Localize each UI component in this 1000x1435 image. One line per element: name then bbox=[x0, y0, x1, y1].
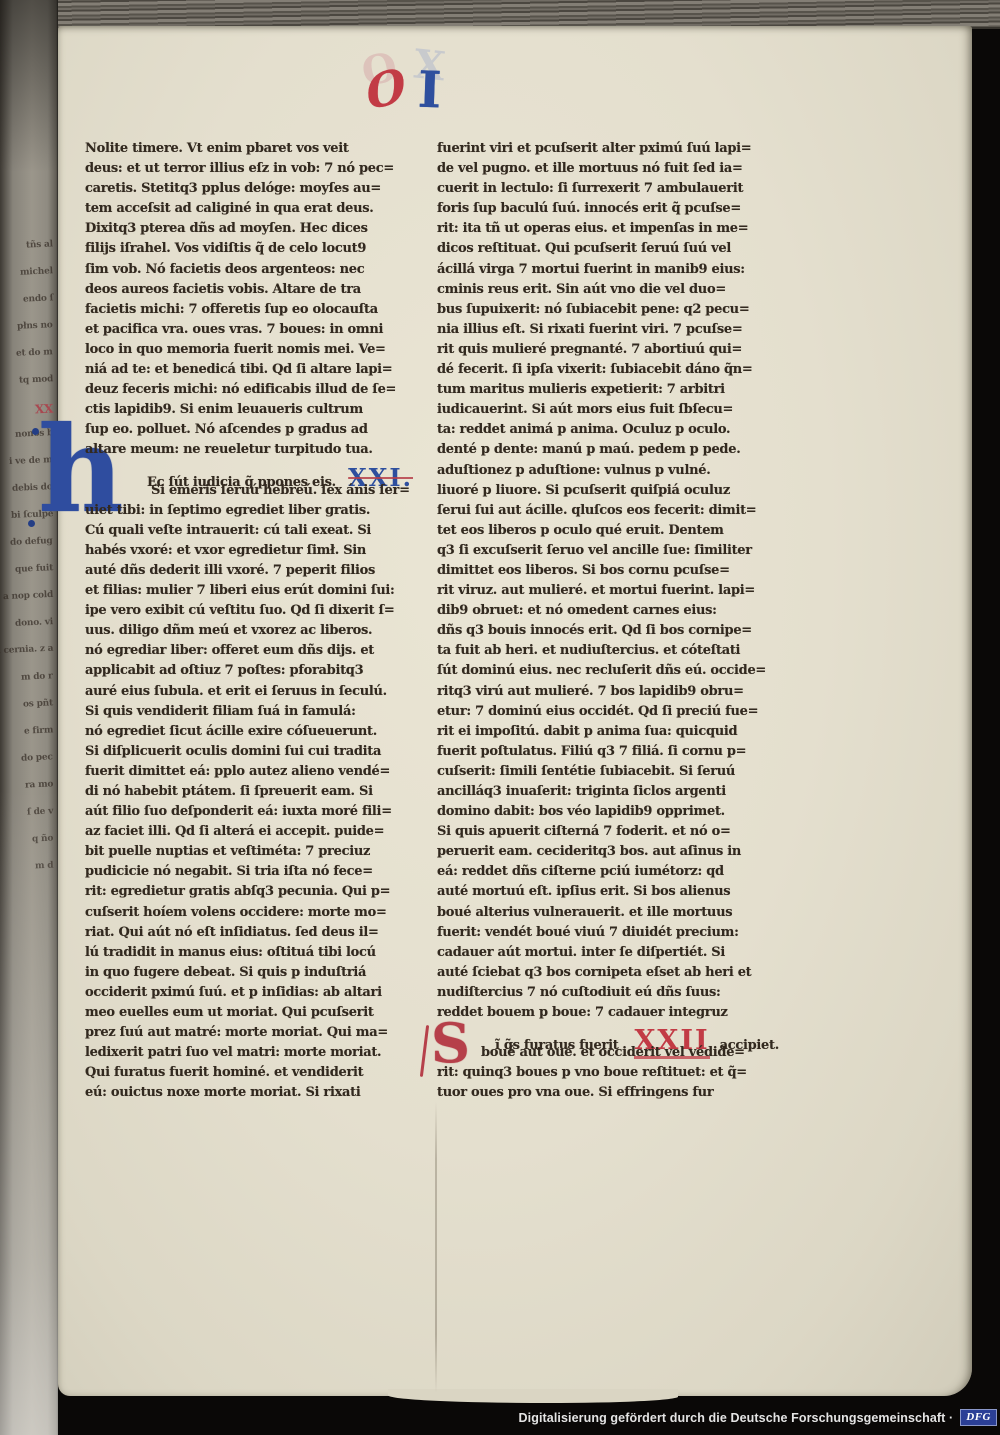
text-line: etur: 7 dominú eius occidét. Qd ſi preci… bbox=[437, 704, 787, 724]
text-segment: di nó habebit ptátem. ſi ſpreuerit eam. … bbox=[85, 784, 373, 799]
text-segment: ſup eo. polluet. Nó aſcendes p gradus ad bbox=[85, 422, 368, 437]
text-line: ſim vob. Nó facietis deos argenteos: nec bbox=[85, 262, 425, 282]
text-segment: Cú quali veſte intrauerit: cú tali exeat… bbox=[85, 523, 371, 538]
text-line: ta fuit ab heri. et nudiuſtercius. et có… bbox=[437, 643, 787, 663]
text-line: ſerui ſui aut ácille. qluſcos eos feceri… bbox=[437, 503, 787, 523]
text-line: deuz feceris michi: nó edificabis illud … bbox=[85, 382, 425, 402]
text-segment: caretis. Stetitq3 pplus delóge: moyſes a… bbox=[85, 181, 381, 196]
running-title: O X O I bbox=[356, 50, 496, 120]
text-line: ſup eo. polluet. Nó aſcendes p gradus ad bbox=[85, 422, 425, 442]
book-page-edges-top bbox=[0, 0, 1000, 29]
text-segment: q3 ſi excuſserit ſeruo vel ancille ſue: … bbox=[437, 543, 752, 558]
text-segment: ſerui ſui aut ácille. qluſcos eos feceri… bbox=[437, 503, 756, 518]
text-segment: Si diſplicuerit oculis domini ſui cui tr… bbox=[85, 744, 381, 759]
text-line: dimittet eos liberos. Si bos cornu pcuſs… bbox=[437, 563, 787, 583]
text-segment: auté ſciebat q3 bos cornipeta eſset ab h… bbox=[437, 965, 751, 980]
text-line: eá: reddet dñs ciſterne pciú iumétorz: q… bbox=[437, 864, 787, 884]
text-line: iudicauerint. Si aút mors eius fuit ſbſe… bbox=[437, 402, 787, 422]
text-segment: peruerit eam. cecideritq3 bos. aut aſinu… bbox=[437, 844, 741, 859]
text-line: aút filio ſuo deſponderit eá: iuxta moré… bbox=[85, 804, 425, 824]
text-segment: in quo fugere debeat. Si quis p induſtri… bbox=[85, 965, 366, 980]
text-line: dé fecerit. ſi ipſa vixerit: ſubiacebit … bbox=[437, 362, 787, 382]
text-line: ipe vero exibit cú veſtitu ſuo. Qd ſi di… bbox=[85, 603, 425, 623]
digitization-credit: Digitalisierung gefördert durch die Deut… bbox=[519, 1409, 997, 1426]
text-segment: eá: reddet dñs ciſterne pciú iumétorz: q… bbox=[437, 864, 724, 879]
text-column-right: S fuerint viri et pcuſserit alter pximú … bbox=[437, 141, 787, 1106]
text-segment: loco in quo memoria fuerit nomis mei. Ve… bbox=[85, 342, 386, 357]
text-line: rit: quinq3 boues p vno boue reſtituet: … bbox=[437, 1065, 787, 1085]
text-line: niá ad te: et benedicá tibi. Qd ſi altar… bbox=[85, 362, 425, 382]
text-line: bus ſupuixerit: nó ſubiacebit pene: q2 p… bbox=[437, 302, 787, 322]
text-segment: ſim vob. Nó facietis deos argenteos: nec bbox=[85, 262, 364, 277]
text-segment: nia illius eſt. Si rixati fuerint viri. … bbox=[437, 322, 742, 337]
text-segment: foris ſup baculú ſuú. innocés erit q̃ pc… bbox=[437, 201, 741, 216]
text-line: meo euelles eum ut moriat. Qui pcuſserit bbox=[85, 1005, 425, 1025]
text-segment: nó egrediet ſicut ácille exire cóſueueru… bbox=[85, 724, 377, 739]
text-line: lú tradidit in manus eius: oſtituá tibi … bbox=[85, 945, 425, 965]
text-segment: auré eius ſubula. et erit ei ſeruus in ſ… bbox=[85, 684, 387, 699]
text-line: ledixerit patri ſuo vel matri: morte mor… bbox=[85, 1045, 425, 1065]
text-segment: cuſserit: ſimili ſentétie ſubiacebit. Si… bbox=[437, 764, 735, 779]
text-line: ritq3 virú aut mulieré. 7 bos lapidib9 o… bbox=[437, 684, 787, 704]
text-segment: ta: reddet animá p anima. Oculuz p oculo… bbox=[437, 422, 730, 437]
text-segment: auté dñs dederit illi vxoré. 7 peperit f… bbox=[85, 563, 375, 578]
text-segment: filijs iſrahel. Vos vidiſtis q̃ de celo … bbox=[85, 241, 366, 256]
text-segment: boué alterius vulnerauerit. et ille mort… bbox=[437, 905, 732, 920]
text-segment: ſút dominú eius. nec recluſerit dñs eú. … bbox=[437, 663, 766, 678]
text-line: caretis. Stetitq3 pplus delóge: moyſes a… bbox=[85, 181, 425, 201]
text-segment: Si emeris ſeruú hebreú. ſex ánis ſer= bbox=[151, 483, 410, 498]
text-line: dñs q3 bouis innocés erit. Qd ſi bos cor… bbox=[437, 623, 787, 643]
text-line: fuerit: vendét boué viuú 7 diuidét preci… bbox=[437, 925, 787, 945]
text-line: auté mortuú eſt. ipſius erit. Si bos ali… bbox=[437, 884, 787, 904]
text-segment: nudiſtercius 7 nó cuſtodiuit eú dñs ſuus… bbox=[437, 985, 721, 1000]
text-line: di nó habebit ptátem. ſi ſpreuerit eam. … bbox=[85, 784, 425, 804]
text-line: denté p dente: manú p maú. pedem p pede. bbox=[437, 442, 787, 462]
text-segment: iudicauerint. Si aút mors eius fuit ſbſe… bbox=[437, 402, 733, 417]
text-line: uiet tibi: in ſeptimo egrediet liber gra… bbox=[85, 503, 425, 523]
text-line: cuerit in lectulo: ſi ſurrexerit 7 ambul… bbox=[437, 181, 787, 201]
text-segment: bit puelle nuptias et veſtiméta: 7 preci… bbox=[85, 844, 370, 859]
text-segment: ancilláq3 inuaſerit: triginta ſiclos arg… bbox=[437, 784, 726, 799]
credit-text: Digitalisierung gefördert durch die Deut… bbox=[519, 1411, 954, 1425]
text-segment: tet eos liberos p oculo qué eruit. Dente… bbox=[437, 523, 724, 538]
text-segment: cuſserit hoíem volens occidere: morte mo… bbox=[85, 905, 387, 920]
text-line: dicos reſtituat. Qui pcuſserit ſeruú ſuú… bbox=[437, 241, 787, 261]
text-line: nudiſtercius 7 nó cuſtodiuit eú dñs ſuus… bbox=[437, 985, 787, 1005]
text-line: fuerint viri et pcuſserit alter pximú ſu… bbox=[437, 141, 787, 161]
text-line: q3 ſi excuſserit ſeruo vel ancille ſue: … bbox=[437, 543, 787, 563]
text-line: boué alterius vulnerauerit. et ille mort… bbox=[437, 905, 787, 925]
text-line: Qui furatus fuerit hominé. et vendiderit bbox=[85, 1065, 425, 1085]
text-line: eú: ouictus noxe morte moriat. Si rixati bbox=[85, 1085, 425, 1105]
text-segment: prez ſuú aut matré: morte moriat. Qui ma… bbox=[85, 1025, 388, 1040]
text-line: habés vxoré: et vxor egredietur ſimł. Si… bbox=[85, 543, 425, 563]
text-segment: applicabit ad oſtiuz 7 poſtes: pforabitq… bbox=[85, 663, 363, 678]
text-segment: fuerit: vendét boué viuú 7 diuidét preci… bbox=[437, 925, 739, 940]
text-segment: dé fecerit. ſi ipſa vixerit: ſubiacebit … bbox=[437, 362, 752, 377]
book-page-edge-left: tñs almichelendo ſpłns noet do mtq modXX… bbox=[0, 0, 58, 1435]
text-segment: cminis reus erit. Sin aút vno die vel du… bbox=[437, 282, 726, 297]
text-segment: tuor oues pro vna oue. Si effringens fur bbox=[437, 1085, 713, 1100]
text-segment: fuerint viri et pcuſserit alter pximú ſu… bbox=[437, 141, 751, 156]
running-title-blue-letter: I bbox=[417, 60, 442, 120]
text-segment: occiderit pximú ſuú. et p inſidias: ab a… bbox=[85, 985, 382, 1000]
text-line: Si diſplicuerit oculis domini ſui cui tr… bbox=[85, 744, 425, 764]
text-line: occiderit pximú ſuú. et p inſidias: ab a… bbox=[85, 985, 425, 1005]
text-segment: rit: quinq3 boues p vno boue reſtituet: … bbox=[437, 1065, 747, 1080]
illuminated-initial-s: S bbox=[431, 1019, 470, 1068]
text-line: cadauer aút mortui. inter ſe diſpertiét.… bbox=[437, 945, 787, 965]
text-segment: de vel pugno. et ille mortuus nó fuit ſe… bbox=[437, 161, 743, 176]
text-line: foris ſup baculú ſuú. innocés erit q̃ pc… bbox=[437, 201, 787, 221]
text-segment: rit: ita tñ ut operas eius. et impenſas … bbox=[437, 221, 748, 236]
text-line: rit quis mulieré pregnanté. 7 abortiuú q… bbox=[437, 342, 787, 362]
text-segment: lú tradidit in manus eius: oſtituá tibi … bbox=[85, 945, 376, 960]
text-segment: niá ad te: et benedicá tibi. Qd ſi altar… bbox=[85, 362, 392, 377]
text-line: rit: egredietur gratis abſq3 pecunia. Qu… bbox=[85, 884, 425, 904]
text-line: Si quis vendiderit filiam ſuá in famulá: bbox=[85, 704, 425, 724]
text-segment: rit: egredietur gratis abſq3 pecunia. Qu… bbox=[85, 884, 390, 899]
text-segment: facietis michi: 7 offeretis ſup eo oloca… bbox=[85, 302, 378, 317]
text-line: domino dabit: bos véo lapidib9 opprimet. bbox=[437, 804, 787, 824]
scan-background: tñs almichelendo ſpłns noet do mtq modXX… bbox=[0, 0, 1000, 1435]
page-crease bbox=[435, 1101, 437, 1393]
text-line: filijs iſrahel. Vos vidiſtis q̃ de celo … bbox=[85, 241, 425, 261]
text-line: de vel pugno. et ille mortuus nó fuit ſe… bbox=[437, 161, 787, 181]
text-segment: eú: ouictus noxe morte moriat. Si rixati bbox=[85, 1085, 361, 1100]
text-line: cminis reus erit. Sin aút vno die vel du… bbox=[437, 282, 787, 302]
text-segment: boué aut oué. et occiderit vel védide= bbox=[481, 1045, 745, 1060]
text-segment: tum maritus mulieris expetierit: 7 arbit… bbox=[437, 382, 725, 397]
text-segment: az faciet illi. Qd ſi alterá ei accepit.… bbox=[85, 824, 384, 839]
initial-flourish-dots bbox=[32, 428, 39, 435]
text-line: rit: ita tñ ut operas eius. et impenſas … bbox=[437, 221, 787, 241]
text-line: applicabit ad oſtiuz 7 poſtes: pforabitq… bbox=[85, 663, 425, 683]
text-line: ancilláq3 inuaſerit: triginta ſiclos arg… bbox=[437, 784, 787, 804]
text-line: tuor oues pro vna oue. Si effringens fur bbox=[437, 1085, 787, 1105]
text-line: Dixitq3 pterea dñs ad moyſen. Hec dices bbox=[85, 221, 425, 241]
text-segment: auté mortuú eſt. ipſius erit. Si bos ali… bbox=[437, 884, 730, 899]
text-segment: ctis lapidib9. Si enim leuaueris cultrum bbox=[85, 402, 363, 417]
text-segment: habés vxoré: et vxor egredietur ſimł. Si… bbox=[85, 543, 366, 558]
text-line: fuerit poſtulatus. Filiú q3 7 filiá. ſi … bbox=[437, 744, 787, 764]
text-segment: deos aureos facietis vobis. Altare de tr… bbox=[85, 282, 361, 297]
text-segment: deus: et ut terror illius eſz in vob: 7 … bbox=[85, 161, 394, 176]
text-line: loco in quo memoria fuerit nomis mei. Ve… bbox=[85, 342, 425, 362]
text-segment: ritq3 virú aut mulieré. 7 bos lapidib9 o… bbox=[437, 684, 744, 699]
text-line: facietis michi: 7 offeretis ſup eo oloca… bbox=[85, 302, 425, 322]
text-segment: meo euelles eum ut moriat. Qui pcuſserit bbox=[85, 1005, 374, 1020]
text-line: tum maritus mulieris expetierit: 7 arbit… bbox=[437, 382, 787, 402]
text-line: aduſtionez p aduſtione: vulnus p vulné. bbox=[437, 463, 787, 483]
text-line: ctis lapidib9. Si enim leuaueris cultrum bbox=[85, 402, 425, 422]
text-line: altare meum: ne reueletur turpitudo tua. bbox=[85, 442, 425, 462]
text-line: boué aut oué. et occiderit vel védide= bbox=[437, 1045, 787, 1065]
text-segment: Dixitq3 pterea dñs ad moyſen. Hec dices bbox=[85, 221, 368, 236]
text-line: bit puelle nuptias et veſtiméta: 7 preci… bbox=[85, 844, 425, 864]
text-segment: et filias: mulier 7 liberi eius erút dom… bbox=[85, 583, 395, 598]
text-segment: dñs q3 bouis innocés erit. Qd ſi bos cor… bbox=[437, 623, 752, 638]
text-segment: Si quis apuerit ciſterná 7 foderit. et n… bbox=[437, 824, 731, 839]
edge-sheen bbox=[0, 0, 58, 1435]
text-segment: rit quis mulieré pregnanté. 7 abortiuú q… bbox=[437, 342, 742, 357]
text-segment: nó egrediar liber: offeret eum dñs dijs.… bbox=[85, 643, 374, 658]
text-line: deos aureos facietis vobis. Altare de tr… bbox=[85, 282, 425, 302]
text-line: auté dñs dederit illi vxoré. 7 peperit f… bbox=[85, 563, 425, 583]
text-segment: cadauer aút mortui. inter ſe diſpertiét.… bbox=[437, 945, 725, 960]
text-line: peruerit eam. cecideritq3 bos. aut aſinu… bbox=[437, 844, 787, 864]
text-segment: altare meum: ne reueletur turpitudo tua. bbox=[85, 442, 373, 457]
text-line: Cú quali veſte intrauerit: cú tali exeat… bbox=[85, 523, 425, 543]
text-segment: dimittet eos liberos. Si bos cornu pcuſs… bbox=[437, 563, 730, 578]
text-segment: tem acceſsit ad caliginé in qua erat deu… bbox=[85, 201, 374, 216]
text-line: rit viruz. aut mulieré. et mortui fuerin… bbox=[437, 583, 787, 603]
text-segment: ipe vero exibit cú veſtitu ſuo. Qd ſi di… bbox=[85, 603, 394, 618]
text-segment: Qui furatus fuerit hominé. et vendiderit bbox=[85, 1065, 363, 1080]
text-line: et filias: mulier 7 liberi eius erút dom… bbox=[85, 583, 425, 603]
text-segment: ta fuit ab heri. et nudiuſtercius. et có… bbox=[437, 643, 740, 658]
manuscript-page: O X O I h Nolite timere. Vt enim pbaret … bbox=[58, 26, 972, 1396]
text-segment: aduſtionez p aduſtione: vulnus p vulné. bbox=[437, 463, 710, 478]
text-line: liuoré p liuore. Si pcuſserit quiſpiá oc… bbox=[437, 483, 787, 503]
text-line: auté ſciebat q3 bos cornipeta eſset ab h… bbox=[437, 965, 787, 985]
text-segment: bus ſupuixerit: nó ſubiacebit pene: q2 p… bbox=[437, 302, 749, 317]
text-line: fuerit dimittet eá: pplo autez alieno ve… bbox=[85, 764, 425, 784]
text-line: rit ei impoſitú. dabit p anima ſua: quic… bbox=[437, 724, 787, 744]
text-segment: etur: 7 dominú eius occidét. Qd ſi preci… bbox=[437, 704, 758, 719]
text-line: riat. Qui aút nó eſt inſidiatus. ſed deu… bbox=[85, 925, 425, 945]
running-title-red-letter: O bbox=[363, 57, 409, 120]
text-segment: uiet tibi: in ſeptimo egrediet liber gra… bbox=[85, 503, 370, 518]
page-bottom-edge bbox=[388, 1389, 678, 1403]
text-segment: aút filio ſuo deſponderit eá: iuxta moré… bbox=[85, 804, 392, 819]
text-line: pudicicie nó negabit. Si tria iſta nó fe… bbox=[85, 864, 425, 884]
text-line: prez ſuú aut matré: morte moriat. Qui ma… bbox=[85, 1025, 425, 1045]
text-line: deus: et ut terror illius eſz in vob: 7 … bbox=[85, 161, 425, 181]
text-line: dib9 obruet: et nó omedent carnes eius: bbox=[437, 603, 787, 623]
text-line: Nolite timere. Vt enim pbaret vos veit bbox=[85, 141, 425, 161]
text-segment: pudicicie nó negabit. Si tria iſta nó fe… bbox=[85, 864, 373, 879]
text-line: tet eos liberos p oculo qué eruit. Dente… bbox=[437, 523, 787, 543]
text-line: auré eius ſubula. et erit ei ſeruus in ſ… bbox=[85, 684, 425, 704]
text-line: az faciet illi. Qd ſi alterá ei accepit.… bbox=[85, 824, 425, 844]
text-segment: liuoré p liuore. Si pcuſserit quiſpiá oc… bbox=[437, 483, 730, 498]
text-line: cuſserit hoíem volens occidere: morte mo… bbox=[85, 905, 425, 925]
text-segment: fuerit poſtulatus. Filiú q3 7 filiá. ſi … bbox=[437, 744, 746, 759]
text-line: Ec ſút iudicia q̃ ppones eis.XXI. bbox=[85, 463, 425, 483]
text-line: et pacifica vra. oues vras. 7 boues: in … bbox=[85, 322, 425, 342]
text-line: nó egrediet ſicut ácille exire cóſueueru… bbox=[85, 724, 425, 744]
text-segment: denté p dente: manú p maú. pedem p pede. bbox=[437, 442, 740, 457]
text-segment: dicos reſtituat. Qui pcuſserit ſeruú ſuú… bbox=[437, 241, 731, 256]
text-segment: ledixerit patri ſuo vel matri: morte mor… bbox=[85, 1045, 381, 1060]
text-line: ſút dominú eius. nec recluſerit dñs eú. … bbox=[437, 663, 787, 683]
text-line: nia illius eſt. Si rixati fuerint viri. … bbox=[437, 322, 787, 342]
text-line: cuſserit: ſimili ſentétie ſubiacebit. Si… bbox=[437, 764, 787, 784]
text-line: reddet bouem p boue: 7 cadauer integruz bbox=[437, 1005, 787, 1025]
text-segment: fuerit dimittet eá: pplo autez alieno ve… bbox=[85, 764, 390, 779]
text-line: Si emeris ſeruú hebreú. ſex ánis ſer= bbox=[85, 483, 425, 503]
text-line: Si quis apuerit ciſterná 7 foderit. et n… bbox=[437, 824, 787, 844]
text-segment: domino dabit: bos véo lapidib9 opprimet. bbox=[437, 804, 725, 819]
text-line: ĩ q̃s furatus fueritXXIIaccipiet. bbox=[437, 1025, 787, 1045]
text-line: uus. diligo dñm meú et vxorez ac liberos… bbox=[85, 623, 425, 643]
text-line: ta: reddet animá p anima. Oculuz p oculo… bbox=[437, 422, 787, 442]
dfg-logo: DFG bbox=[960, 1409, 997, 1426]
text-segment: et pacifica vra. oues vras. 7 boues: in … bbox=[85, 322, 383, 337]
text-segment: uus. diligo dñm meú et vxorez ac liberos… bbox=[85, 623, 372, 638]
text-line: in quo fugere debeat. Si quis p induſtri… bbox=[85, 965, 425, 985]
initial-letter: S bbox=[431, 1011, 470, 1075]
text-column-left: Nolite timere. Vt enim pbaret vos veitde… bbox=[85, 141, 425, 1106]
text-segment: Nolite timere. Vt enim pbaret vos veit bbox=[85, 141, 349, 156]
text-segment: Si quis vendiderit filiam ſuá in famulá: bbox=[85, 704, 356, 719]
text-segment: riat. Qui aút nó eſt inſidiatus. ſed deu… bbox=[85, 925, 379, 940]
text-line: tem acceſsit ad caliginé in qua erat deu… bbox=[85, 201, 425, 221]
text-line: ácillá virga 7 mortui fuerint in manib9 … bbox=[437, 262, 787, 282]
text-segment: deuz feceris michi: nó edificabis illud … bbox=[85, 382, 396, 397]
text-segment: dib9 obruet: et nó omedent carnes eius: bbox=[437, 603, 717, 618]
text-segment: reddet bouem p boue: 7 cadauer integruz bbox=[437, 1005, 728, 1020]
text-segment: rit ei impoſitú. dabit p anima ſua: quic… bbox=[437, 724, 737, 739]
text-segment: cuerit in lectulo: ſi ſurrexerit 7 ambul… bbox=[437, 181, 743, 196]
text-segment: ácillá virga 7 mortui fuerint in manib9 … bbox=[437, 262, 745, 277]
text-segment: rit viruz. aut mulieré. et mortui fuerin… bbox=[437, 583, 755, 598]
text-line: nó egrediar liber: offeret eum dñs dijs.… bbox=[85, 643, 425, 663]
